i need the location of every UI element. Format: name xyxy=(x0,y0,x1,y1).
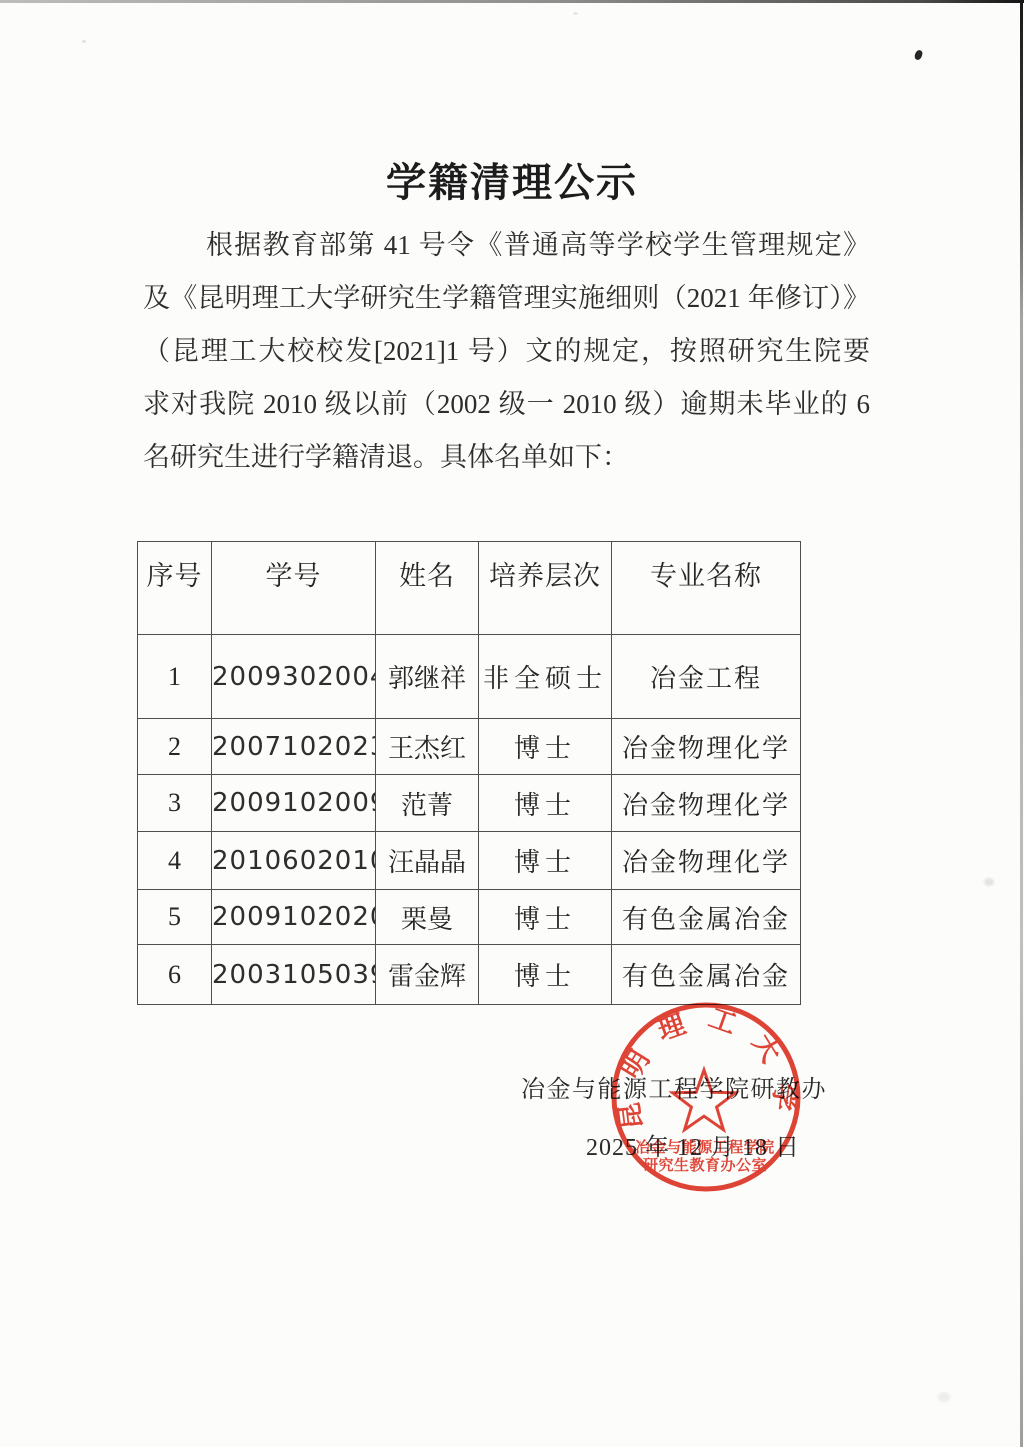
paragraph-line: 名研究生进行学籍清退。具体名单如下： xyxy=(143,431,870,484)
seal-arc-text: 昆明理工大学 xyxy=(612,1002,800,1131)
student-roster-table: 序号 学号 姓名 培养层次 专业名称 1 2009302004 郭继祥 非全硕士… xyxy=(137,541,801,1005)
paragraph-line: （昆理工大校校发[2021]1 号）文的规定，按照研究生院要 xyxy=(143,325,870,378)
star-icon xyxy=(673,1070,736,1130)
scan-top-edge-artifact xyxy=(0,0,1024,3)
cell-level: 非全硕士 xyxy=(479,635,612,719)
cell-student-id: 2009102020 xyxy=(212,890,376,945)
table-row: 5 2009102020 栗曼 博士 有色金属冶金 xyxy=(138,890,801,945)
col-header-level: 培养层次 xyxy=(479,542,612,635)
cell-major: 冶金物理化学 xyxy=(612,832,801,890)
paragraph-line: 及《昆明理工大学研究生学籍管理实施细则（2021 年修订）》 xyxy=(143,272,870,325)
official-seal-stamp: 昆明理工大学 冶金与能源工程学院 研究生教育办公室 xyxy=(591,982,821,1212)
table-row: 1 2009302004 郭继祥 非全硕士 冶金工程 xyxy=(138,635,801,719)
cell-student-id: 2007102023 xyxy=(212,719,376,775)
cell-major: 有色金属冶金 xyxy=(612,890,801,945)
col-header-student-id: 学号 xyxy=(212,542,376,635)
scan-speck xyxy=(573,12,578,15)
cell-level: 博士 xyxy=(479,775,612,832)
paragraph-line: 根据教育部第 41 号令《普通高等学校学生管理规定》 xyxy=(143,219,870,272)
cell-name: 范菁 xyxy=(376,775,479,832)
scanned-document-page: 学籍清理公示 根据教育部第 41 号令《普通高等学校学生管理规定》 及《昆明理工… xyxy=(0,0,1024,1447)
cell-index: 1 xyxy=(138,635,212,719)
scan-speck xyxy=(82,40,86,43)
cell-index: 5 xyxy=(138,890,212,945)
seal-office-text: 研究生教育办公室 xyxy=(643,1156,767,1174)
col-header-major: 专业名称 xyxy=(612,542,801,635)
cell-level: 博士 xyxy=(479,832,612,890)
document-title: 学籍清理公示 xyxy=(0,151,1024,208)
cell-name: 郭继祥 xyxy=(376,635,479,719)
cell-name: 栗曼 xyxy=(376,890,479,945)
seal-college-text: 冶金与能源工程学院 xyxy=(635,1138,775,1156)
ink-speck xyxy=(914,49,924,61)
cell-student-id: 2009302004 xyxy=(212,635,376,719)
cell-major: 冶金工程 xyxy=(612,635,801,719)
table-row: 2 2007102023 王杰红 博士 冶金物理化学 xyxy=(138,719,801,775)
scan-speck xyxy=(938,1392,950,1402)
cell-name: 王杰红 xyxy=(376,719,479,775)
table-header-row: 序号 学号 姓名 培养层次 专业名称 xyxy=(138,542,801,635)
paragraph-line: 求对我院 2010 级以前（2002 级一 2010 级）逾期未毕业的 6 xyxy=(143,378,870,431)
body-paragraph: 根据教育部第 41 号令《普通高等学校学生管理规定》 及《昆明理工大学研究生学籍… xyxy=(143,219,870,484)
cell-name: 汪晶晶 xyxy=(376,832,479,890)
col-header-index: 序号 xyxy=(138,542,212,635)
cell-student-id: 2010602010 xyxy=(212,832,376,890)
table-row: 3 2009102009 范菁 博士 冶金物理化学 xyxy=(138,775,801,832)
table-row: 4 2010602010 汪晶晶 博士 冶金物理化学 xyxy=(138,832,801,890)
cell-index: 3 xyxy=(138,775,212,832)
cell-index: 6 xyxy=(138,945,212,1005)
scan-speck xyxy=(984,878,994,886)
cell-index: 2 xyxy=(138,719,212,775)
cell-major: 冶金物理化学 xyxy=(612,719,801,775)
scan-right-edge-artifact xyxy=(1020,0,1023,1447)
cell-major: 冶金物理化学 xyxy=(612,775,801,832)
cell-student-id: 2009102009 xyxy=(212,775,376,832)
cell-name: 雷金辉 xyxy=(376,945,479,1005)
cell-student-id: 2003105039 xyxy=(212,945,376,1005)
col-header-name: 姓名 xyxy=(376,542,479,635)
cell-level: 博士 xyxy=(479,890,612,945)
cell-index: 4 xyxy=(138,832,212,890)
cell-level: 博士 xyxy=(479,719,612,775)
